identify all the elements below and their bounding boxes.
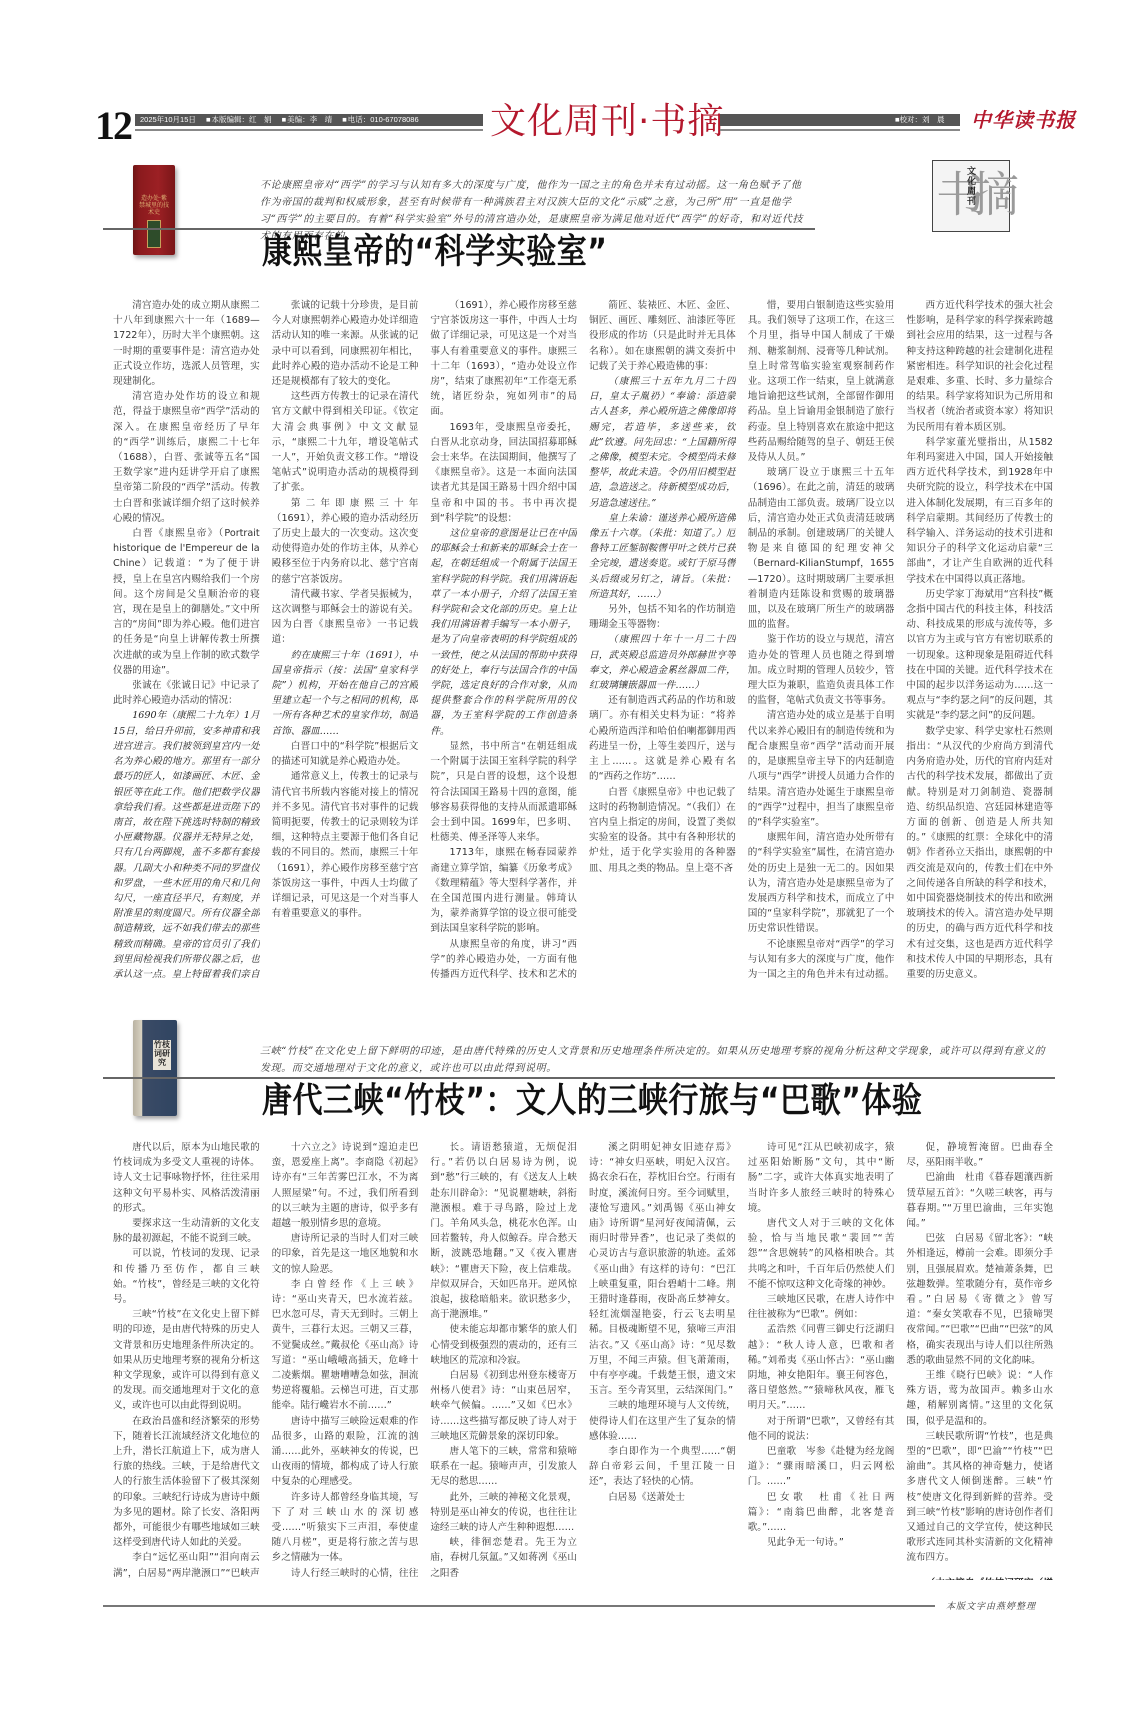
divider: [103, 1605, 935, 1607]
paragraph: 白晋《康熙皇帝》（Portrait historique de l'Empere…: [113, 526, 260, 678]
paragraph: 箭匠、装裱匠、木匠、金匠、铜匠、画匠、雕刻匠、油漆匠等匠役形成的作坊（只是此时并…: [589, 298, 736, 374]
paragraph: 还有制造西式药品的作坊和玻璃厂。亦有相关史料为证：“将养心殿所造西洋和哈伯伯喇都…: [589, 693, 736, 784]
paragraph: 另外，包括不知名的作坊制造珊瑚金玉等器物：: [589, 602, 736, 632]
text-column: 唐代以后，原本为山地民歌的竹枝词成为多受文人重视的诗体。诗人文士记事咏物抒怀，往…: [113, 1140, 260, 1580]
paragraph: 惜，要用白银制造这些实验用具。我们领导了这项工作，在这三个月里，指导中国人制成了…: [748, 298, 895, 465]
paragraph: 李白“远忆巫山阳”“泪向南云满”，白居易“两岸滟滪口”“巴峡声心里”等诗句，都说…: [113, 1550, 260, 1580]
text-column: 长。请语愁猿道，无烦促泪行。”若仍以白居易诗为例，说到“愁”行三峡的，有《送友人…: [430, 1140, 577, 1580]
paragraph: 这些西方传教士的记录在清代官方文献中得到相关印证。《钦定大清会典事例》中文文献显…: [272, 389, 419, 495]
section-logo-char: 摘: [971, 169, 1019, 221]
paragraph: 巴童歌 岑参《赴犍为经龙阁道》：“骤雨暗溪口，归云网松门。……”: [748, 1444, 895, 1490]
paragraph: 使未能忘却都市繁华的旅人们心情受到极强烈的震动的，还有三峡地区的荒凉和冷寂。: [430, 1322, 577, 1368]
text-column: 箭匠、装裱匠、木匠、金匠、铜匠、画匠、雕刻匠、油漆匠等匠役形成的作坊（只是此时并…: [589, 298, 736, 978]
text-column: （1691），养心殿作房移至慈宁宫茶饭房这一事件，中西人士均做了详细记录，可见这…: [430, 298, 577, 978]
paragraph: 唐代以后，原本为山地民歌的竹枝词成为多受文人重视的诗体。诗人文士记事咏物抒怀，往…: [113, 1140, 260, 1216]
text-column: 惜，要用白银制造这些实验用具。我们领导了这项工作，在这三个月里，指导中国人制成了…: [748, 298, 895, 978]
divider: [103, 1077, 1055, 1079]
paragraph: 巴女歌 杜甫《社日两篇》：“南翁巴曲醉，北客楚音歌。”……: [748, 1490, 895, 1536]
section-title: 文化周刊·书摘: [490, 100, 724, 144]
masthead: 12 2025年10月15日 本版编辑：红 娟 美编：李 靖 电话：010-67…: [95, 100, 1055, 148]
designer-credit: 美编：李 靖: [282, 115, 333, 124]
paragraph: 许多诗人都曾经身临其境，写下了对三峡山水的深切感受……“听猿实下三声泪，奉使虚随…: [272, 1490, 419, 1566]
paragraph: 清宫造办处作坊的设立和规范，得益于康熙皇帝“西学”活动的深入。在康熙皇帝经历了早…: [113, 389, 260, 526]
compiler-note: 本版文字由燕婷整理: [946, 1599, 1036, 1612]
newspaper-page: 12 2025年10月15日 本版编辑：红 娟 美编：李 靖 电话：010-67…: [0, 0, 1133, 1725]
paragraph: 1713年，康熙在畅春园蒙养斋建立算学馆，编纂《历象考成》《数理精蕴》等大型科学…: [430, 845, 577, 936]
paragraph: 鉴于作坊的设立与规范，清宫造办处的管理人员也随之得到增加。成立时期的管理人员较少…: [748, 632, 895, 708]
divider: [103, 228, 815, 230]
text-column: 十六立之》诗说到“遑迫走巴蛮，恩爱座上离”。李商隐《初起》诗亦有“三年苦雾巴江水…: [272, 1140, 419, 1580]
paragraph: 康熙年间，清宫造办处所带有的“科学实验室”属性，在清宫造办处的历史上是独一无二的…: [748, 830, 895, 936]
paragraph: 西方近代科学技术的强大社会性影响，是科学家的科学探索跨越到社会应用的结果，这一过…: [906, 298, 1053, 435]
article-headline: 康熙皇帝的“科学实验室”: [262, 232, 607, 273]
paragraph: 第二年即康熙三十年（1691），养心殿的造办活动经历了历史上最大的一次变动。这次…: [272, 496, 419, 587]
page-number: 12: [95, 106, 131, 146]
paragraph: 诗人行经三峡时的心情，往往与对于前程的忧虑相交织……“巴东三峡巫峡长，猿鸣三声泪…: [272, 1566, 419, 1580]
paragraph: 1693年，受康熙皇帝委托，白晋从北京动身，回法国招募耶稣会士来华。在法国期间，…: [430, 420, 577, 526]
paragraph: 唐人笔下的三峡，常常和猿啼联系在一起。猿啼声声，引发旅人无尽的愁思……: [430, 1444, 577, 1490]
book-cover-title: 造办处·紫禁城里的技术史: [139, 195, 169, 216]
paragraph: 溪之阴明妃神女旧迹存焉》诗：“神女归巫峡，明妃入汉宫。捣衣余石在，荐枕旧台空。行…: [589, 1140, 736, 1398]
paragraph: 李白即作为一个典型……“朝辞白帝彩云间，千里江陵一日还”，表达了轻快的心情。: [589, 1444, 736, 1490]
paragraph: 清宫造办处的成立是基于自明代以来养心殿旧有的制造传统和为配合康熙皇帝“西学”活动…: [748, 708, 895, 830]
proofreader-credit: 校对：刘 晨: [895, 114, 945, 126]
article-deck: 三峡“竹枝”在文化史上留下鲜明的印迹，是由唐代特殊的历史人文背景和历史地理条件所…: [260, 1043, 1050, 1077]
paragraph: 巴渝曲 杜甫《暮春题瀼西新赁草屋五首》：“久嗟三峡客，再与暮春期。”“万里巴渝曲…: [906, 1170, 1053, 1231]
paragraph: 玻璃厂设立于康熙三十五年（1696）。在此之前，清廷的玻璃品制造由工部负责。玻璃…: [748, 465, 895, 632]
newspaper-logo: 中华读书报: [971, 104, 1076, 133]
paragraph: 此外，三峡的神秘文化景观，特别是巫山神女的传说，也往往让途经三峡的诗人产生种种遐…: [430, 1490, 577, 1536]
paragraph: 唐诗所记录的当时人们对三峡的印象，首先是这一地区地貌和水文的惊人险恶。: [272, 1231, 419, 1277]
paragraph: 李白曾经作《上三峡》诗：“巫山夹青天，巴水流若兹。巴水忽可尽，青天无到时。三朝上…: [272, 1277, 419, 1414]
paragraph: 张诚的记载十分珍贵，是目前今人对康熙朝养心殿造办处详细造活动认知的唯一来源。从张…: [272, 298, 419, 389]
paragraph: 不论康熙皇帝对“西学”的学习与认知有多大的深度与广度，他作为一国之主的角色并未有…: [748, 937, 895, 978]
paragraph: 白居易《送萧处士: [589, 1490, 736, 1505]
paragraph: 白晋《康熙皇帝》中也记载了这时的药物制造情况。“（我们）在宫内皇上指定的房间，设…: [589, 785, 736, 876]
section-logo: 书 摘 文化周刊: [932, 160, 1010, 232]
paragraph: 科学家董光璧指出，从1582年利玛窦进入中国，国人开始接触西方近代科学技术，到1…: [906, 435, 1053, 587]
paragraph: 三峡地区民歌，在唐人诗作中往往被称为“巴歌”。例如：: [748, 1292, 895, 1322]
paragraph: 十六立之》诗说到“遑迫走巴蛮，恩爱座上离”。李商隐《初起》诗亦有“三年苦雾巴江水…: [272, 1140, 419, 1231]
paragraph: 数学史家、科学史家杜石然则指出：“从汉代的少府尚方到清代内务府造办处，历代的官府…: [906, 724, 1053, 978]
masthead-meta: 2025年10月15日 本版编辑：红 娟 美编：李 靖 电话：010-67078…: [139, 114, 427, 126]
paragraph: （康熙四十年十一月二十四日，武英殿总监造员外郎赫世亨等奉文，养心殿造金累丝器皿二…: [589, 632, 736, 693]
paragraph: （康熙三十五年九月二十四日，皇太子胤礽）“奉谕：添造蒙古人甚多，养心殿所造之佛像…: [589, 374, 736, 511]
issue-date: 2025年10月15日: [139, 115, 196, 124]
paragraph: 要探求这一生动清新的文化支脉的最初源起，不能不说到三峡。: [113, 1216, 260, 1246]
editor-credit: 本版编辑：红 娟: [206, 115, 272, 124]
article-headline: 唐代三峡“竹枝”：文人的三峡行旅与“巴歌”体验: [262, 1081, 922, 1122]
book-cover-image: 造办处·紫禁城里的技术史: [133, 165, 175, 255]
paragraph: 显然，书中所言“在朝廷组成一个附属于法国王室科学院的科学院”，只是白晋的设想，这…: [430, 739, 577, 845]
paragraph: 三峡“竹枝”在文化史上留下鲜明的印迹，是由唐代特殊的历史人文背景和历史地理条件所…: [113, 1307, 260, 1413]
paragraph: 皇上朱谕：谨送养心殿所造佛像五十六尊。（朱批：知道了。）厄鲁特工匠錾制鞍辔甲叶之…: [589, 511, 736, 602]
text-column: 诗可见“江从巴峡初成字，猿过巫阳始断肠”文句，其中“断肠”二字，或许大体真实地表…: [748, 1140, 895, 1580]
paragraph: 见此争无一句诗。”: [748, 1535, 895, 1550]
article-body: 清宫造办处的成立期从康熙二十八年到康熙六十一年（1689—1722年），历时大半…: [113, 298, 1053, 978]
section-logo-subtitle: 文化周刊: [967, 167, 978, 207]
paragraph: 白晋口中的“科学院”根据后文的描述可知就是养心殿造办处。: [272, 739, 419, 769]
text-column: 张诚的记载十分珍贵，是目前今人对康熙朝养心殿造办处详细造活动认知的唯一来源。从张…: [272, 298, 419, 978]
book-cover-artwork: [147, 220, 161, 248]
article-body: 唐代以后，原本为山地民歌的竹枝词成为多受文人重视的诗体。诗人文士记事咏物抒怀，往…: [113, 1140, 1053, 1580]
paragraph: 诗可见“江从巴峡初成字，猿过巫阳始断肠”文句，其中“断肠”二字，或许大体真实地表…: [748, 1140, 895, 1216]
paragraph: 从康熙皇帝的角度，讲习“西学”的养心殿造办处，一方面有他传播西方近代科学、技术和…: [430, 937, 577, 978]
paragraph: 可以说，竹枝词的发现、记录和传播乃至仿作，都自三峡始。“竹枝”，曾经是三峡的文化…: [113, 1246, 260, 1307]
paragraph: 这位皇帝的意图是让已在中国的耶稣会士和新来的耶稣会士在一起，在朝廷组成一个附属于…: [430, 526, 577, 739]
text-column: 溪之阴明妃神女旧迹存焉》诗：“神女归巫峡，明妃入汉宫。捣衣余石在，荐枕旧台空。行…: [589, 1140, 736, 1580]
paragraph: 唐代文人对于三峡的文化体验，恰与当地民歌“裴回”“苦怨”“含思婉转”的风格相映合…: [748, 1216, 895, 1292]
paragraph: 三峡的地理环境与人文传统，使得诗人们在这里产生了复杂的情感体验……: [589, 1398, 736, 1444]
paragraph: 历史学家丁海斌用“宫科技”概念指中国古代的科技主体，科技活动、科技成果的形成与流…: [906, 587, 1053, 724]
paragraph: 在政治昌盛和经济繁荣的形势下，随着长江流域经济文化地位的上升，潜长江航道上下，成…: [113, 1414, 260, 1551]
paragraph: （1691），养心殿作房移至慈宁宫茶饭房这一事件，中西人士均做了详细记录，可见这…: [430, 298, 577, 420]
book-cover-title: 竹枝词研究: [153, 1040, 171, 1070]
paragraph: 約在康熙三十年（1691），中国皇帝指示（按：法国“皇家科学院”）机构，开始在他…: [272, 648, 419, 739]
text-column: 促，静境暂淹留。巴曲春全尽，巫阳雨半收。”巴渝曲 杜甫《暮春题瀼西新赁草屋五首》…: [906, 1140, 1053, 1580]
paragraph: 巴弦 白居易《留北客》：“峡外相逢远，樽前一会难。即须分手别，且强展眉欢。楚袖萧…: [906, 1231, 1053, 1368]
paragraph: 白居易《初到忠州登东楼寄万州杨八使君》诗：“山束邑居窄，峡牵气候偏。……”又如《…: [430, 1368, 577, 1444]
text-column: 清宫造办处的成立期从康熙二十八年到康熙六十一年（1689—1722年），历时大半…: [113, 298, 260, 978]
paragraph: 三峡民歌所谓“竹枝”，也是典型的“巴歌”，即“巴渝”“竹枝”“巴渝曲”。其风格的…: [906, 1429, 1053, 1566]
paragraph: 清代藏书家、学者吴振棫为，这次调整与耶稣会士的游说有关。因为白晋《康熙皇帝》一书…: [272, 587, 419, 648]
paragraph: 促，静境暂淹留。巴曲春全尽，巫阳雨半收。”: [906, 1140, 1053, 1170]
paragraph: 峡，徘徊恋楚君。先王为立庙，春树几氛氲。”又如蒋冽《巫山之阳香: [430, 1535, 577, 1580]
paragraph: 通常意义上，传教士的记录与清代官书所载内容能对接上的情况并不多见。清代官书对事件…: [272, 769, 419, 921]
paragraph: 对于所谓“巴歌”，又曾经有其他不同的说法：: [748, 1414, 895, 1444]
paragraph: 长。请语愁猿道，无烦促泪行。”若仍以白居易诗为例，说到“愁”行三峡的，有《送友人…: [430, 1140, 577, 1322]
text-column: 西方近代科学技术的强大社会性影响，是科学家的科学探索跨越到社会应用的结果，这一过…: [906, 298, 1053, 978]
paragraph: 清宫造办处的成立期从康熙二十八年到康熙六十一年（1689—1722年），历时大半…: [113, 298, 260, 389]
book-cover-image: 竹枝词研究: [133, 1020, 177, 1116]
paragraph: 1690年（康熙二十九年）1月15日，给日升卯前，安多神甫和我进宫进言。我们被领…: [113, 708, 260, 978]
paragraph: 孟浩然《同曹三御史行泛湖归越》：“秋人诗人意，巴歌和者稀。”刘希夷《巫山怀古》：…: [748, 1322, 895, 1413]
paragraph: 王维《晓行巴峡》说：“人作殊方语，莺为故国声。赖多山水趣，稍解别离情。”这里的文…: [906, 1368, 1053, 1429]
phone-number: 电话：010-67078086: [342, 115, 418, 124]
paragraph: 张诚在《张诚日记》中记录了此时养心殿造办活动的情况：: [113, 678, 260, 708]
source-citation: （本文摘自《竹枝词研究（增订版）》，王慎之、王子今著，陕西人民出版社2025年8…: [906, 1576, 1053, 1580]
paragraph: 唐诗中描写三峡险远艰难的作品很多，山路的艰险，江流的汹涌……此外，巫峡神女的传说…: [272, 1414, 419, 1490]
